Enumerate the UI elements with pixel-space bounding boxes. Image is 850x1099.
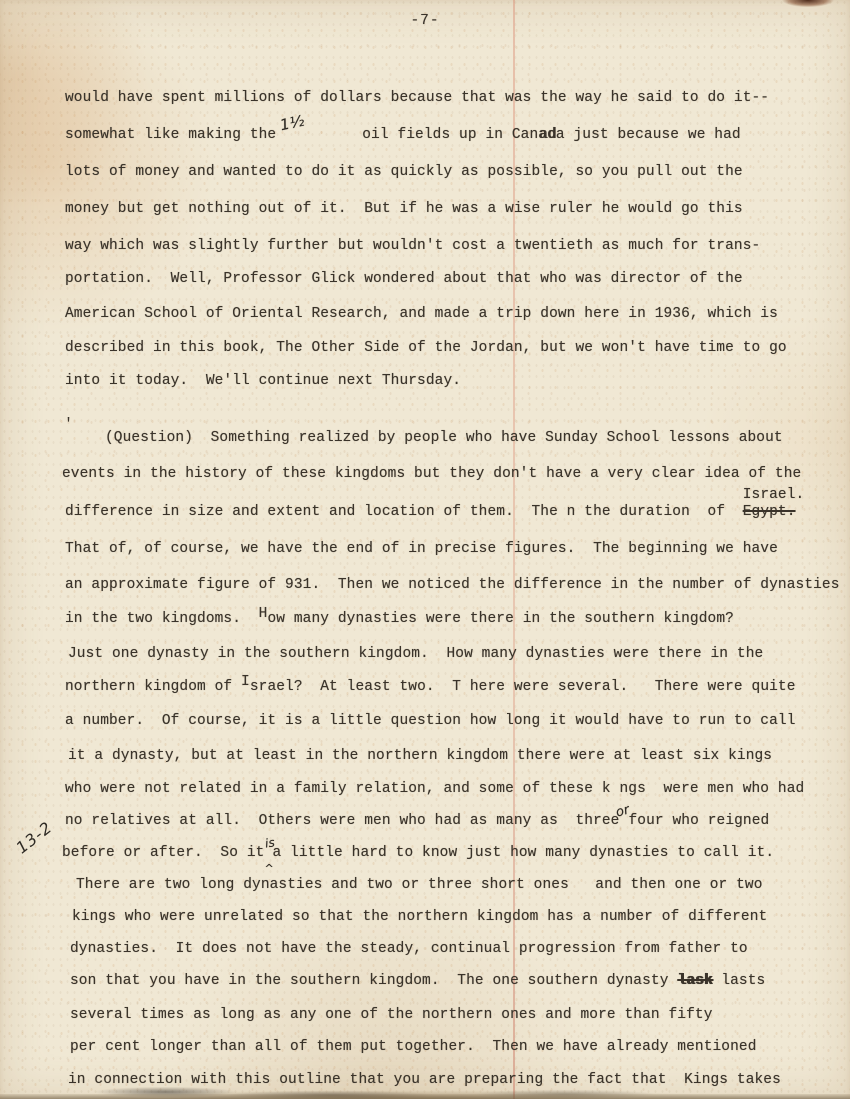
typed-text: would have spent millions of dollars bec…	[65, 90, 769, 106]
typed-text: (Question) Something realized by people …	[105, 430, 783, 446]
typed-text: per cent longer than all of them put tog…	[70, 1039, 757, 1055]
typed-line: somewhat like making the1½oil fields up …	[65, 127, 741, 143]
typed-line: several times as long as any one of the …	[70, 1007, 713, 1023]
typed-text: dynasties. It does not have the steady, …	[70, 941, 748, 957]
typed-text: into it today. We'll continue next Thurs…	[65, 373, 461, 389]
typed-line: per cent longer than all of them put tog…	[70, 1039, 757, 1055]
overtyped-letters: ad	[538, 127, 556, 143]
insertion-caret: ^	[264, 862, 273, 875]
typed-text: srael? At least two. T here were several…	[250, 679, 796, 695]
typed-text: an approximate figure of 931. Then we no…	[65, 577, 840, 593]
typed-text: four who reigned	[629, 813, 770, 829]
typed-line: That of, of course, we have the end of i…	[65, 541, 778, 557]
typed-text: in the two kingdoms.	[65, 611, 259, 627]
handwritten-margin-note: 13-2	[12, 818, 55, 858]
typed-text: There are two long dynasties and two or …	[76, 877, 763, 893]
handwritten-fraction: 1½	[279, 112, 307, 135]
typed-text: Just one dynasty in the southern kingdom…	[68, 646, 763, 662]
typed-text: events in the history of these kingdoms …	[62, 466, 801, 482]
typed-text: described in this book, The Other Side o…	[65, 340, 787, 356]
typed-text: several times as long as any one of the …	[70, 1007, 713, 1023]
typed-line: money but get nothing out of it. But if …	[65, 201, 743, 217]
typed-text: oil fields up in Can	[362, 127, 538, 143]
stray-apostrophe-mark: '	[64, 416, 73, 433]
typed-line: lots of money and wanted to do it as qui…	[65, 164, 743, 180]
typed-line: way which was slightly further but would…	[65, 238, 760, 254]
typed-line: difference in size and extent and locati…	[65, 504, 796, 520]
typed-line: it a dynasty, but at least in the northe…	[68, 748, 772, 764]
typed-line: There are two long dynasties and two or …	[76, 877, 763, 893]
typed-text: ow many dynasties were there in the sout…	[267, 611, 733, 627]
typed-line: Just one dynasty in the southern kingdom…	[68, 646, 763, 662]
typed-line: in the two kingdoms. How many dynasties …	[65, 611, 734, 627]
typed-line: into it today. We'll continue next Thurs…	[65, 373, 461, 389]
typed-line: would have spent millions of dollars bec…	[65, 90, 769, 106]
typed-line: dynasties. It does not have the steady, …	[70, 941, 748, 957]
typed-text: son that you have in the southern kingdo…	[70, 973, 677, 989]
typed-text: difference in size and extent and locati…	[65, 504, 743, 520]
typed-text: portation. Well, Professor Glick wondere…	[65, 271, 743, 287]
typed-text: way which was slightly further but would…	[65, 238, 760, 254]
typed-text: before or after. So it	[62, 845, 264, 861]
typed-text: money but get nothing out of it. But if …	[65, 201, 743, 217]
typed-text: a number. Of course, it is a little ques…	[65, 713, 796, 729]
typed-line: described in this book, The Other Side o…	[65, 340, 787, 356]
typed-text: kings who were unrelated so that the nor…	[72, 909, 767, 925]
typed-line: American School of Oriental Research, an…	[65, 306, 778, 322]
typed-text: a just because we had	[556, 127, 741, 143]
typed-line: events in the history of these kingdoms …	[62, 466, 801, 482]
typed-text: it a dynasty, but at least in the northe…	[68, 748, 772, 764]
typed-line: no relatives at all. Others were men who…	[65, 813, 769, 829]
typed-line: who were not related in a family relatio…	[65, 781, 804, 797]
typed-line: before or after. So itis^a little hard t…	[62, 845, 774, 861]
typed-text: somewhat like making the	[65, 127, 276, 143]
raised-letter: I	[241, 674, 250, 690]
typed-line: an approximate figure of 931. Then we no…	[65, 577, 840, 593]
typed-text: who were not related in a family relatio…	[65, 781, 804, 797]
typed-text: a little hard to know just how many dyna…	[272, 845, 774, 861]
typed-line: kings who were unrelated so that the nor…	[72, 909, 767, 925]
typed-text: lots of money and wanted to do it as qui…	[65, 164, 743, 180]
handwritten-is: is	[265, 835, 277, 850]
corner-stain	[782, 0, 834, 8]
typed-line: son that you have in the southern kingdo…	[70, 973, 765, 989]
crossed-out-word: lask	[677, 973, 712, 989]
typed-line: a number. Of course, it is a little ques…	[65, 713, 796, 729]
typed-text: That of, of course, we have the end of i…	[65, 541, 778, 557]
typed-line: northern kingdom of Israel? At least two…	[65, 679, 796, 695]
raised-letter: H	[259, 606, 268, 622]
typed-line: portation. Well, Professor Glick wondere…	[65, 271, 743, 287]
typed-insertion-above: Israel.	[743, 487, 805, 503]
typed-text: northern kingdom of	[65, 679, 241, 695]
typed-text: lasts	[713, 973, 766, 989]
typed-line: (Question) Something realized by people …	[105, 430, 783, 446]
document-page: -7- ' 13-2 would have spent millions of …	[0, 0, 850, 1099]
bottom-edge-shadow	[0, 1094, 850, 1099]
struck-word: Egypt.	[743, 504, 796, 520]
page-number: -7-	[0, 13, 850, 29]
typed-correction: Israel.Egypt.	[743, 504, 796, 520]
typed-text: American School of Oriental Research, an…	[65, 306, 778, 322]
typed-text: no relatives at all. Others were men who…	[65, 813, 620, 829]
